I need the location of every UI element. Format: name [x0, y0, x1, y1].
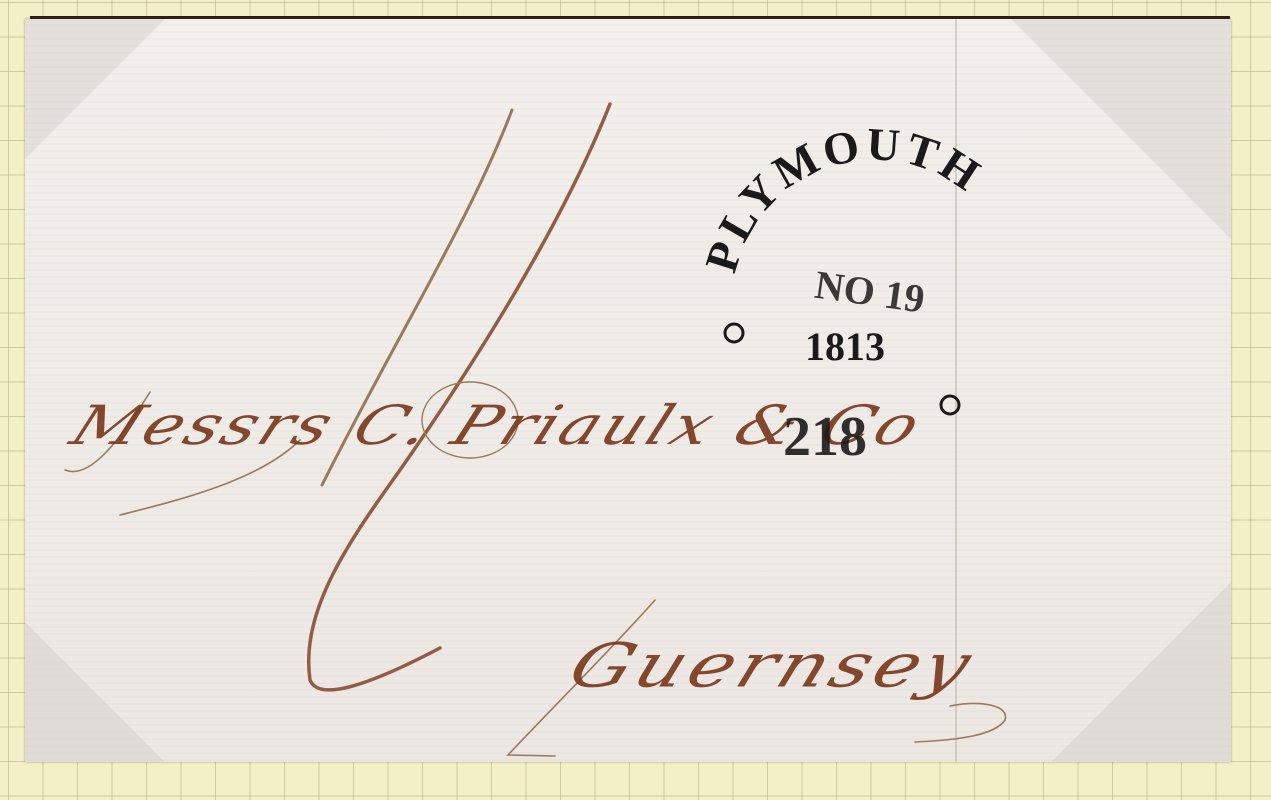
- postmark-date: NO 19: [812, 262, 927, 322]
- postmark-ornament-left: [725, 324, 743, 342]
- postmark-mileage: 218: [783, 406, 867, 468]
- postmark-town: PLYMOUTH: [695, 118, 992, 278]
- postmark-ornament-right: [941, 396, 959, 414]
- postmark-year: 1813: [805, 324, 885, 369]
- plymouth-postmark: PLYMOUTH NO 19 1813 218: [0, 0, 1271, 800]
